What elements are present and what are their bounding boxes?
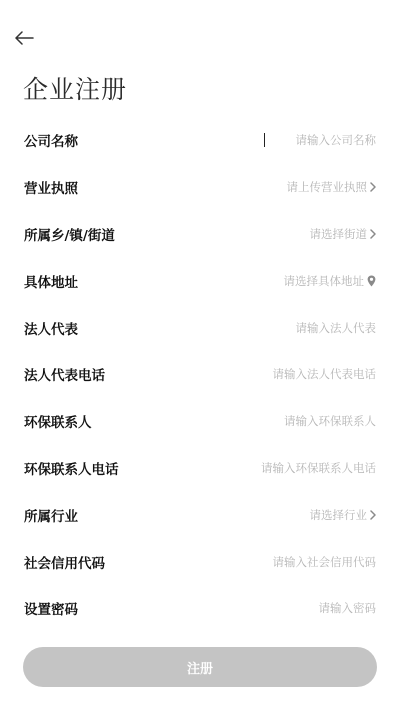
company-name-label: 公司名称 bbox=[24, 130, 78, 150]
business-license-row[interactable]: 营业执照 请上传营业执照 bbox=[0, 164, 400, 211]
credit-code-row: 社会信用代码 bbox=[0, 538, 400, 585]
business-license-select[interactable]: 请上传营业执照 bbox=[287, 179, 368, 195]
street-select[interactable]: 请选择街道 bbox=[310, 226, 368, 242]
company-name-input[interactable] bbox=[266, 133, 376, 147]
page-title: 企业注册 bbox=[23, 70, 127, 106]
back-button[interactable] bbox=[12, 28, 36, 48]
legal-rep-phone-input[interactable] bbox=[117, 367, 376, 381]
industry-select[interactable]: 请选择行业 bbox=[310, 507, 368, 523]
arrow-left-icon bbox=[14, 31, 34, 45]
industry-row[interactable]: 所属行业 请选择行业 bbox=[0, 491, 400, 538]
registration-form: 公司名称 营业执照 请上传营业执照 所属乡/镇/街道 请选择街道 具体地址 请选… bbox=[0, 117, 400, 632]
legal-rep-phone-label: 法人代表电话 bbox=[24, 364, 105, 384]
street-label: 所属乡/镇/街道 bbox=[24, 224, 115, 244]
password-input[interactable] bbox=[90, 601, 376, 615]
env-contact-phone-label: 环保联系人电话 bbox=[24, 458, 119, 478]
address-label: 具体地址 bbox=[24, 271, 78, 291]
credit-code-label: 社会信用代码 bbox=[24, 552, 105, 572]
chevron-right-icon bbox=[370, 229, 376, 239]
legal-rep-row: 法人代表 bbox=[0, 304, 400, 351]
chevron-right-icon bbox=[370, 182, 376, 192]
business-license-label: 营业执照 bbox=[24, 177, 78, 197]
env-contact-label: 环保联系人 bbox=[24, 411, 92, 431]
address-row[interactable]: 具体地址 请选择具体地址 bbox=[0, 257, 400, 304]
env-contact-input[interactable] bbox=[104, 414, 377, 428]
address-select[interactable]: 请选择具体地址 bbox=[284, 273, 365, 289]
industry-label: 所属行业 bbox=[24, 505, 78, 525]
text-cursor bbox=[264, 133, 266, 147]
credit-code-input[interactable] bbox=[117, 555, 376, 569]
env-contact-row: 环保联系人 bbox=[0, 398, 400, 445]
company-name-row: 公司名称 bbox=[0, 117, 400, 164]
street-row[interactable]: 所属乡/镇/街道 请选择街道 bbox=[0, 211, 400, 258]
register-button[interactable]: 注册 bbox=[23, 647, 377, 687]
password-row: 设置密码 bbox=[0, 585, 400, 632]
chevron-right-icon bbox=[370, 510, 376, 520]
legal-rep-input[interactable] bbox=[90, 321, 376, 335]
env-contact-phone-row: 环保联系人电话 bbox=[0, 445, 400, 492]
env-contact-phone-input[interactable] bbox=[131, 461, 377, 475]
password-label: 设置密码 bbox=[24, 598, 78, 618]
legal-rep-phone-row: 法人代表电话 bbox=[0, 351, 400, 398]
legal-rep-label: 法人代表 bbox=[24, 318, 78, 338]
location-pin-icon[interactable] bbox=[367, 275, 376, 287]
